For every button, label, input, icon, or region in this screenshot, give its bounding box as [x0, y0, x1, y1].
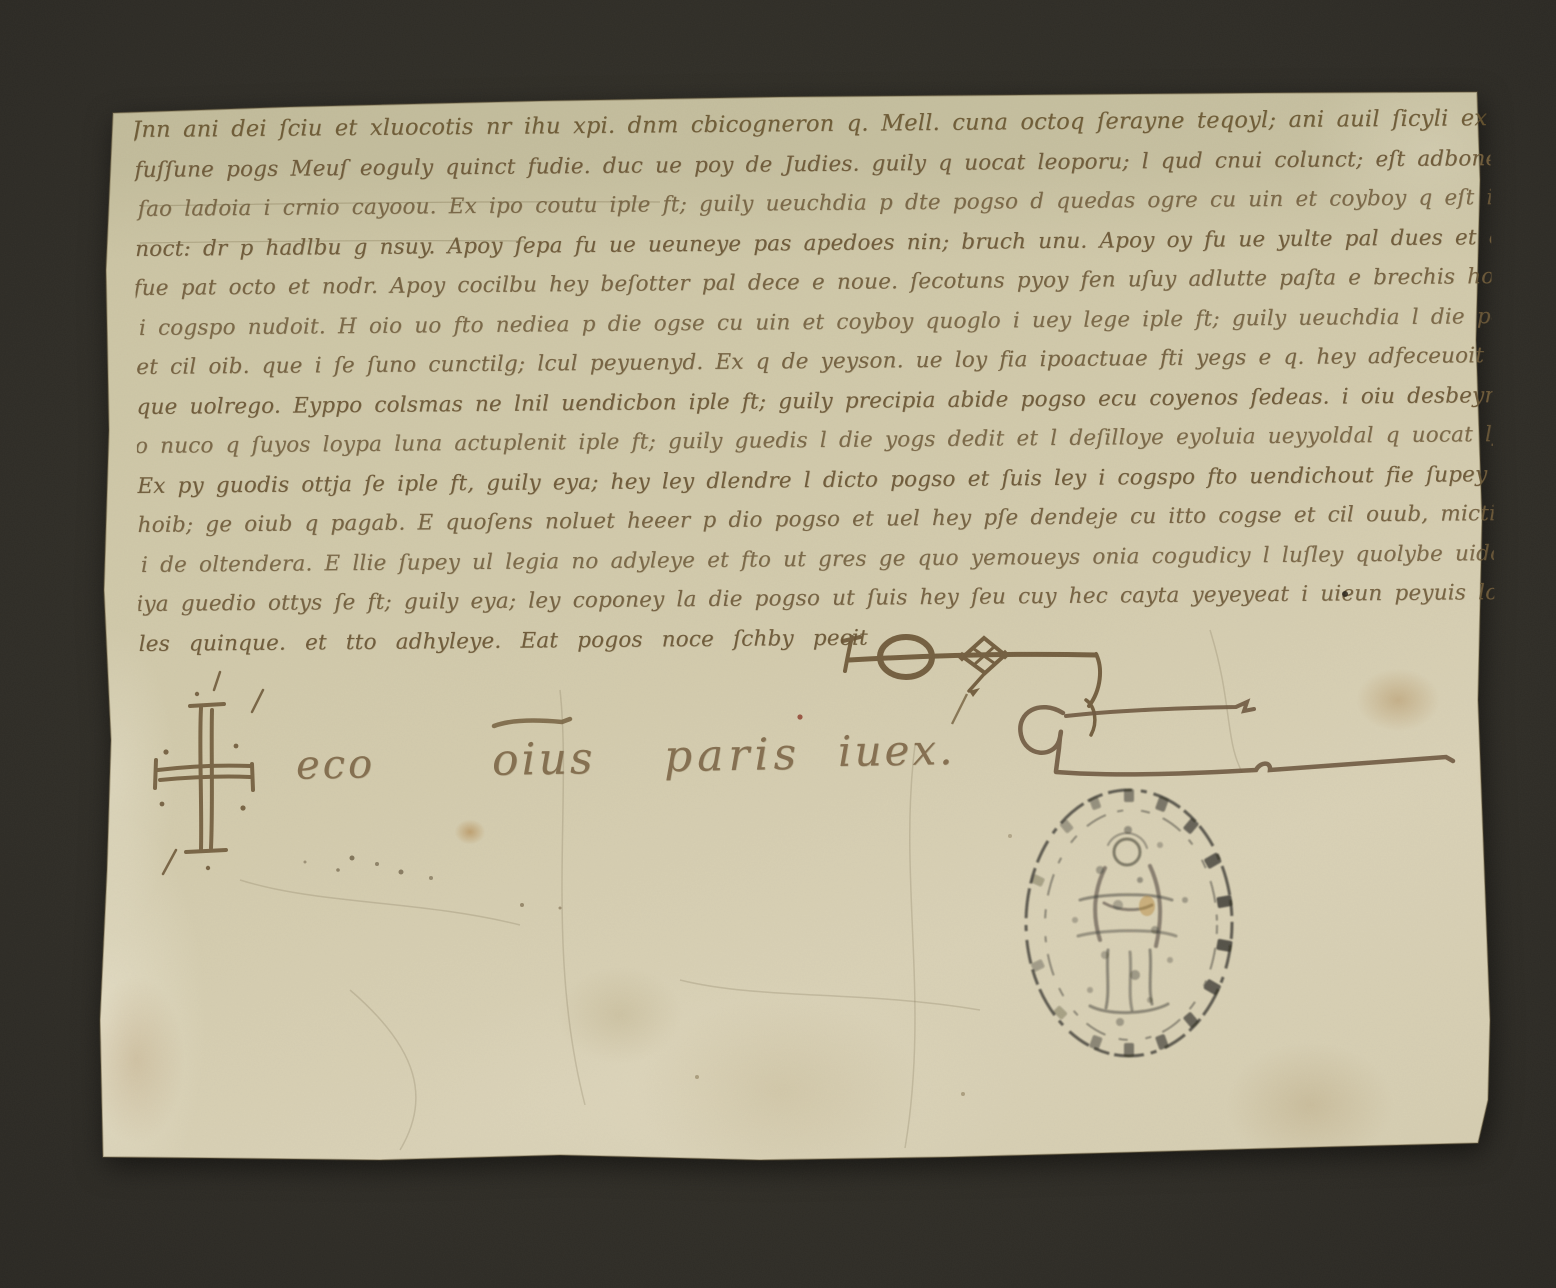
charter-text-block: Jnn ani dei ſciu et xluocotis nr ihu xpi… — [134, 99, 1495, 673]
photo-stage: Jnn ani dei ſciu et xluocotis nr ihu xpi… — [0, 0, 1556, 1288]
